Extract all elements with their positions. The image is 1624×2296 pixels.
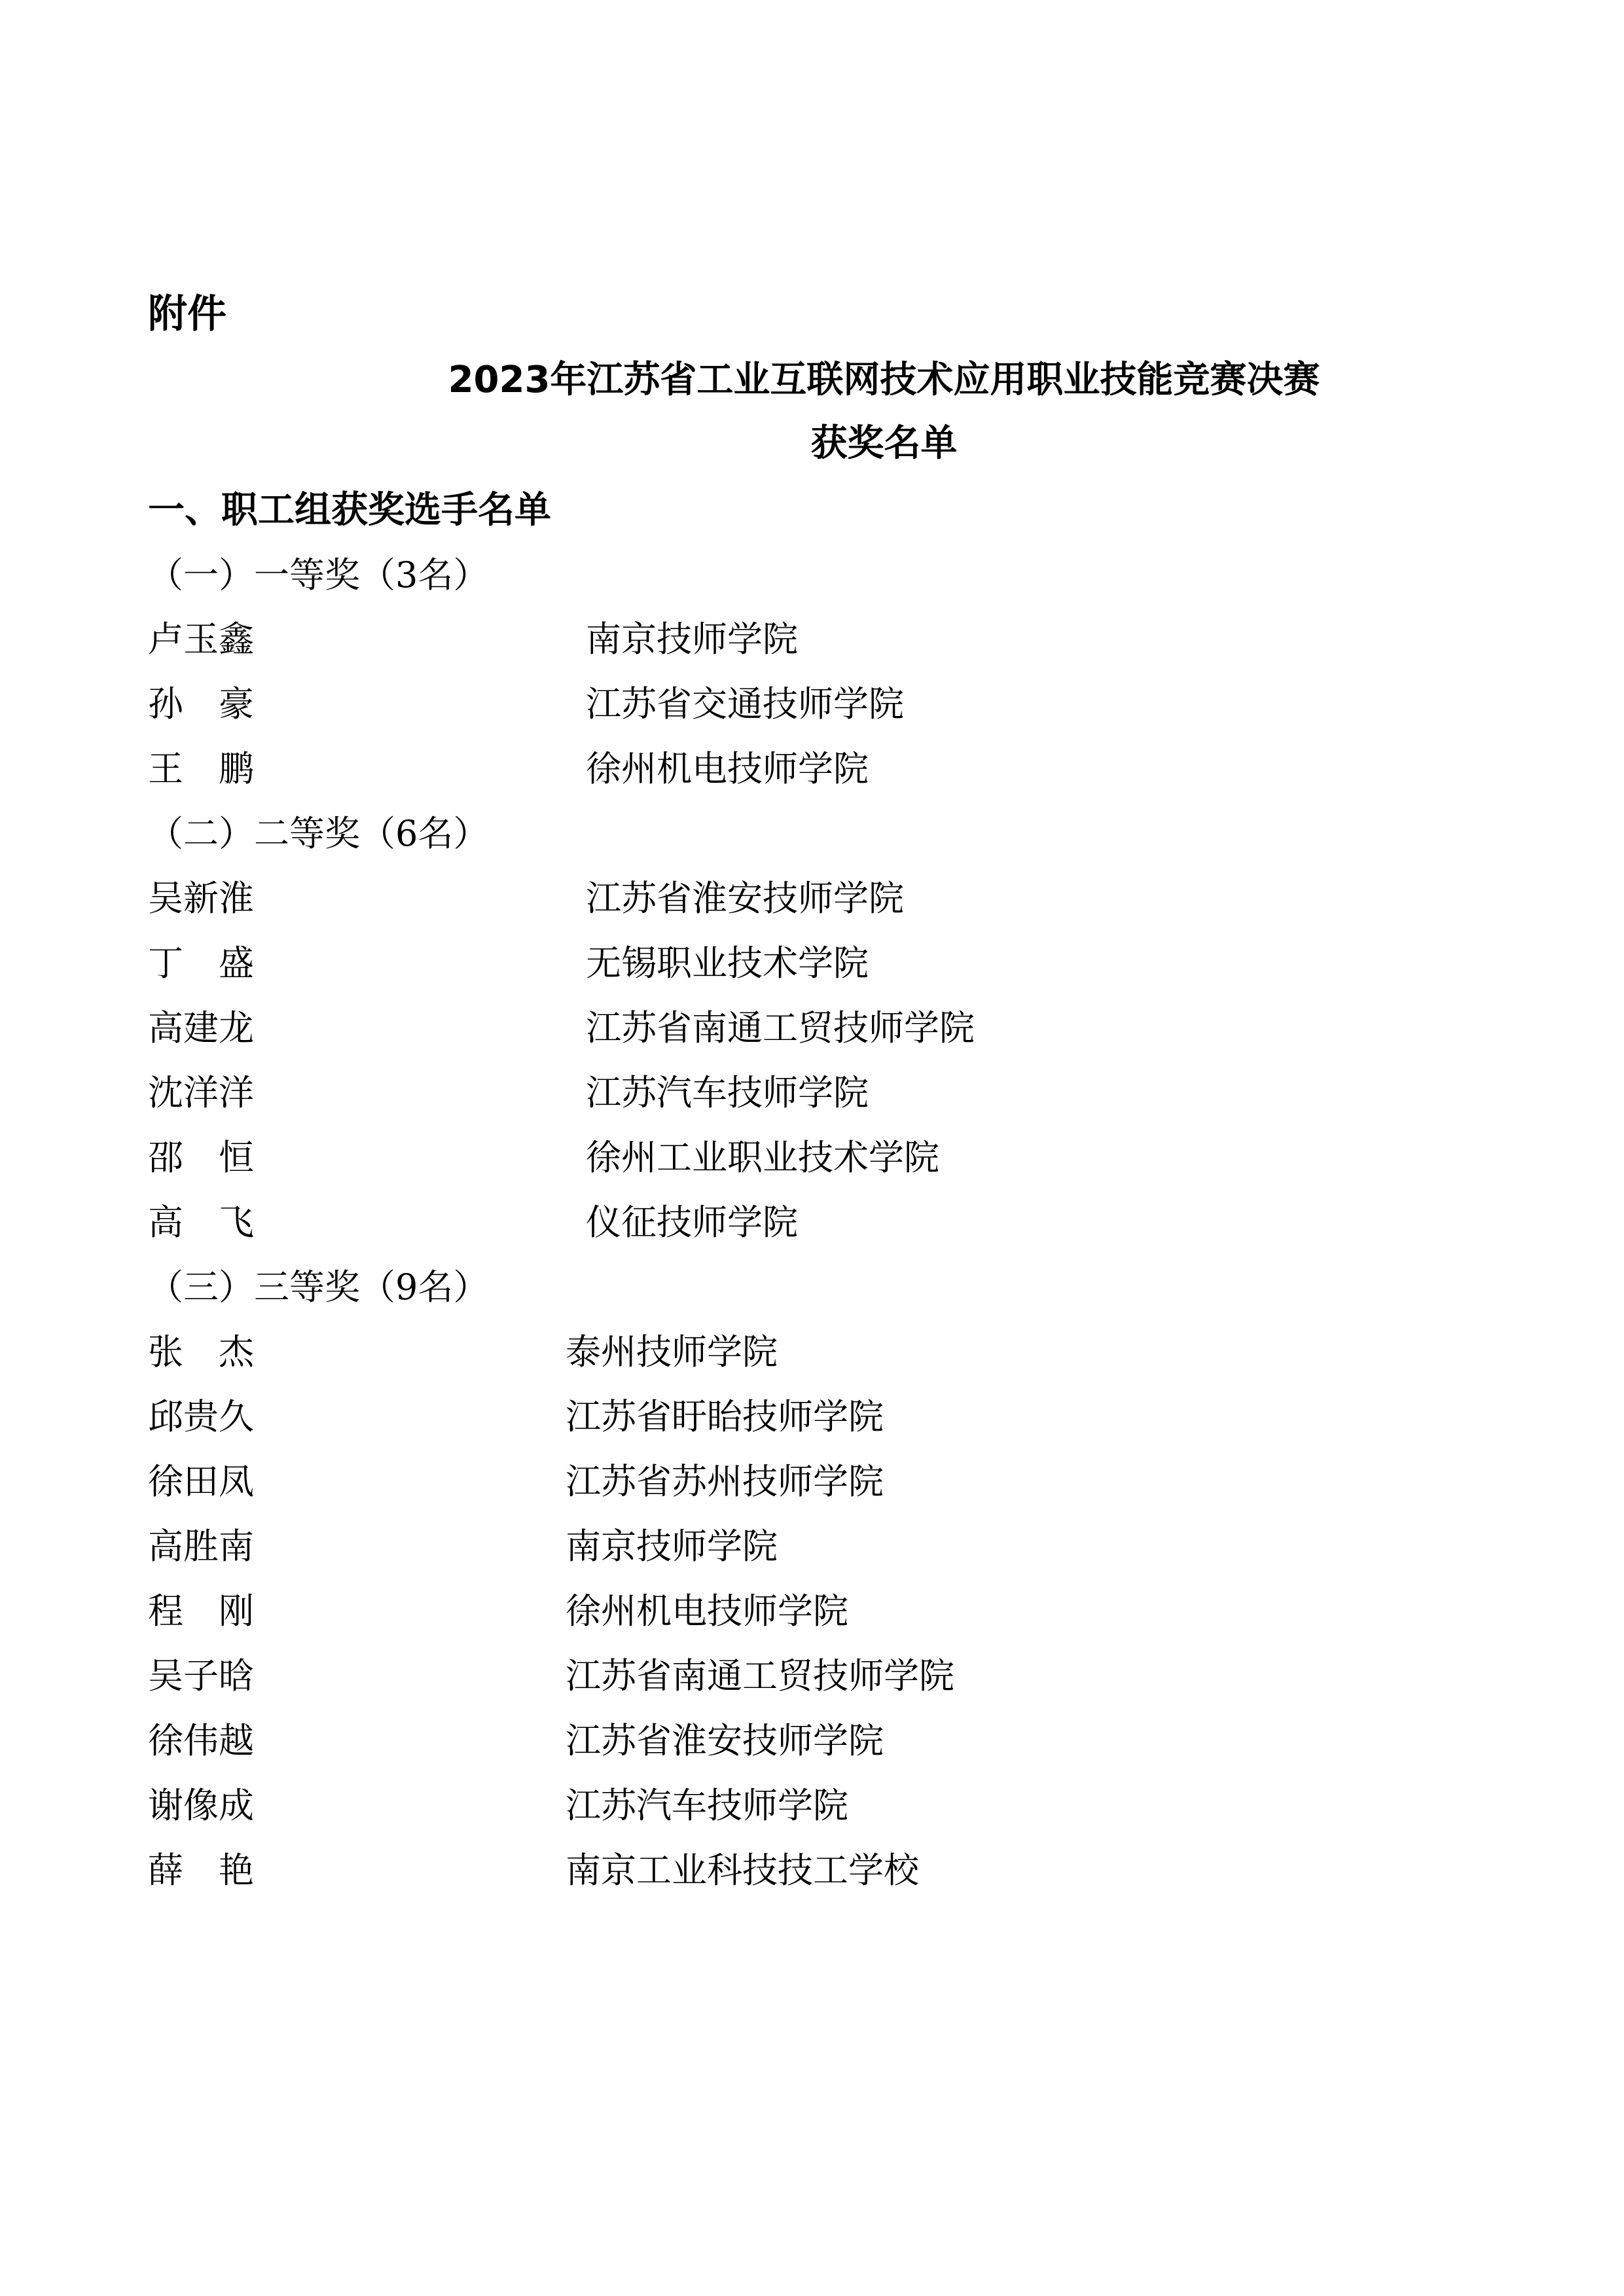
- winner-name: 吴子晗: [148, 1659, 254, 1694]
- winner-org: 徐州工业职业技术学院: [586, 1140, 939, 1175]
- winner-org: 南京工业科技技工学校: [566, 1853, 919, 1888]
- winner-name: 丁 盛: [148, 946, 254, 981]
- winner-org: 徐州机电技师学院: [586, 751, 869, 787]
- winner-org: 南京技师学院: [566, 1529, 778, 1564]
- winner-org: 泰州技师学院: [566, 1335, 778, 1370]
- section-heading: 一、职工组获奖选手名单: [148, 492, 551, 529]
- winner-name: 徐田凤: [148, 1464, 254, 1499]
- winner-org: 江苏省南通工贸技师学院: [586, 1011, 975, 1046]
- winner-org: 江苏省盱眙技师学院: [566, 1399, 884, 1435]
- winner-org: 徐州机电技师学院: [566, 1594, 848, 1629]
- tier-heading-third-prize: （三）三等奖（9名）: [148, 1270, 488, 1305]
- winner-name: 王 鹏: [148, 751, 254, 787]
- winner-org: 仪征技师学院: [586, 1205, 798, 1240]
- winner-org: 江苏省交通技师学院: [586, 687, 904, 722]
- winner-name: 沈洋洋: [148, 1075, 254, 1111]
- tier-heading-first-prize: （一）一等奖（3名）: [148, 558, 488, 593]
- winner-name: 薛 艳: [148, 1853, 254, 1888]
- document-title-line1: 2023年江苏省工业互联网技术应用职业技能竞赛决赛: [72, 362, 1624, 399]
- winner-org: 江苏汽车技师学院: [566, 1788, 848, 1823]
- attachment-label: 附件: [148, 295, 226, 334]
- winner-org: 南京技师学院: [586, 622, 798, 657]
- winner-name: 卢玉鑫: [148, 622, 254, 657]
- winner-org: 江苏省淮安技师学院: [586, 881, 904, 916]
- winner-name: 邱贵久: [148, 1399, 254, 1435]
- winner-name: 高建龙: [148, 1011, 254, 1046]
- winner-name: 吴新淮: [148, 881, 254, 916]
- winner-org: 无锡职业技术学院: [586, 946, 869, 981]
- winner-name: 孙 豪: [148, 687, 254, 722]
- winner-org: 江苏省苏州技师学院: [566, 1464, 884, 1499]
- winner-name: 张 杰: [148, 1335, 254, 1370]
- winner-org: 江苏省南通工贸技师学院: [566, 1659, 954, 1694]
- winner-org: 江苏汽车技师学院: [586, 1075, 869, 1111]
- winner-name: 徐伟越: [148, 1723, 254, 1759]
- winner-org: 江苏省淮安技师学院: [566, 1723, 884, 1759]
- winner-name: 邵 恒: [148, 1140, 254, 1175]
- winner-name: 高 飞: [148, 1205, 254, 1240]
- winner-name: 程 刚: [148, 1594, 254, 1629]
- document-title-line2: 获奖名单: [72, 425, 1624, 462]
- winner-name: 谢像成: [148, 1788, 254, 1823]
- winner-name: 高胜南: [148, 1529, 254, 1564]
- tier-heading-second-prize: （二）二等奖（6名）: [148, 816, 488, 852]
